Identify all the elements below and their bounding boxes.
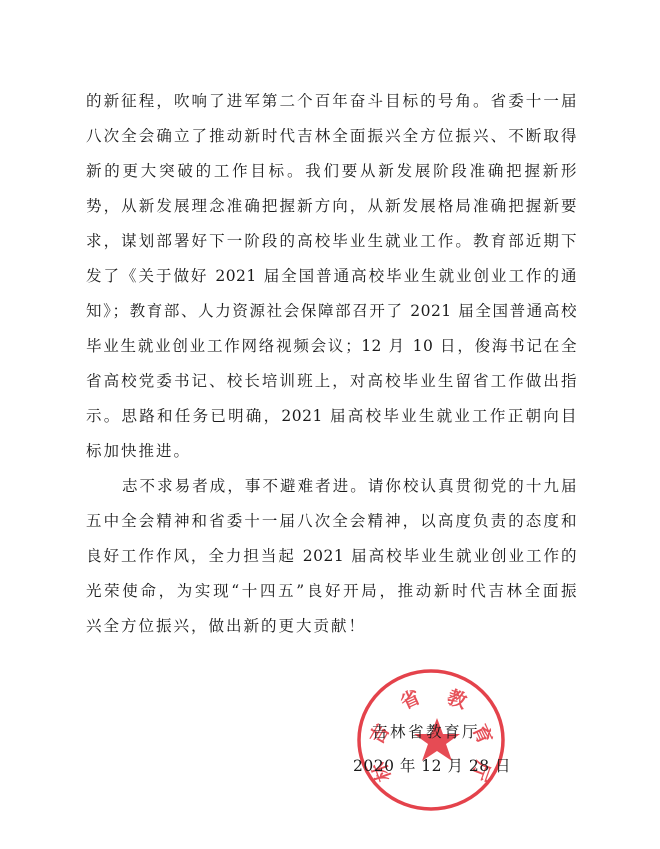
text-line: 兴全方位振兴，做出新的更大贡献！ (86, 609, 577, 644)
text-line: 发了《关于做好 2021 届全国普通高校毕业生就业创业工作的通 (86, 259, 577, 294)
text-line: 五中全会精神和省委十一届八次全会精神，以高度负责的态度和 (86, 504, 577, 539)
text-line: 志不求易者成，事不避难者进。请你校认真贯彻党的十九届 (86, 469, 577, 504)
text-line: 势，从新发展理念准确把握新方向，从新发展格局准确把握新要 (86, 189, 577, 224)
document-page: 的新征程，吹响了进军第二个百年奋斗目标的号角。省委十一届 八次全会确立了推动新时… (0, 0, 660, 849)
text-line: 良好工作作风，全力担当起 2021 届高校毕业生就业创业工作的 (86, 539, 577, 574)
text-line: 省高校党委书记、校长培训班上，对高校毕业生留省工作做出指 (86, 364, 577, 399)
text-line: 毕业生就业创业工作网络视频会议；12 月 10 日，俊海书记在全 (86, 329, 577, 364)
text-line: 标加快推进。 (86, 434, 577, 469)
text-line: 光荣使命，为实现“十四五”良好开局，推动新时代吉林全面振 (86, 574, 577, 609)
letter-body: 的新征程，吹响了进军第二个百年奋斗目标的号角。省委十一届 八次全会确立了推动新时… (86, 84, 577, 644)
seal-char: 教 (444, 685, 471, 713)
issue-date: 2020 年 12 月 28 日 (353, 754, 511, 776)
text-line: 八次全会确立了推动新时代吉林全面振兴全方位振兴、不断取得 (86, 119, 577, 154)
text-line: 的新征程，吹响了进军第二个百年奋斗目标的号角。省委十一届 (86, 84, 577, 119)
text-line: 求，谋划部署好下一阶段的高校毕业生就业工作。教育部近期下 (86, 224, 577, 259)
text-line: 知》；教育部、人力资源社会保障部召开了 2021 届全国普通高校 (86, 294, 577, 329)
text-line: 新的更大突破的工作目标。我们要从新发展阶段准确把握新形 (86, 154, 577, 189)
issuing-organization: 吉林省教育厅 (372, 720, 480, 742)
seal-char: 省 (397, 685, 424, 714)
text-line: 示。思路和任务已明确，2021 届高校毕业生就业工作正朝向目 (86, 399, 577, 434)
